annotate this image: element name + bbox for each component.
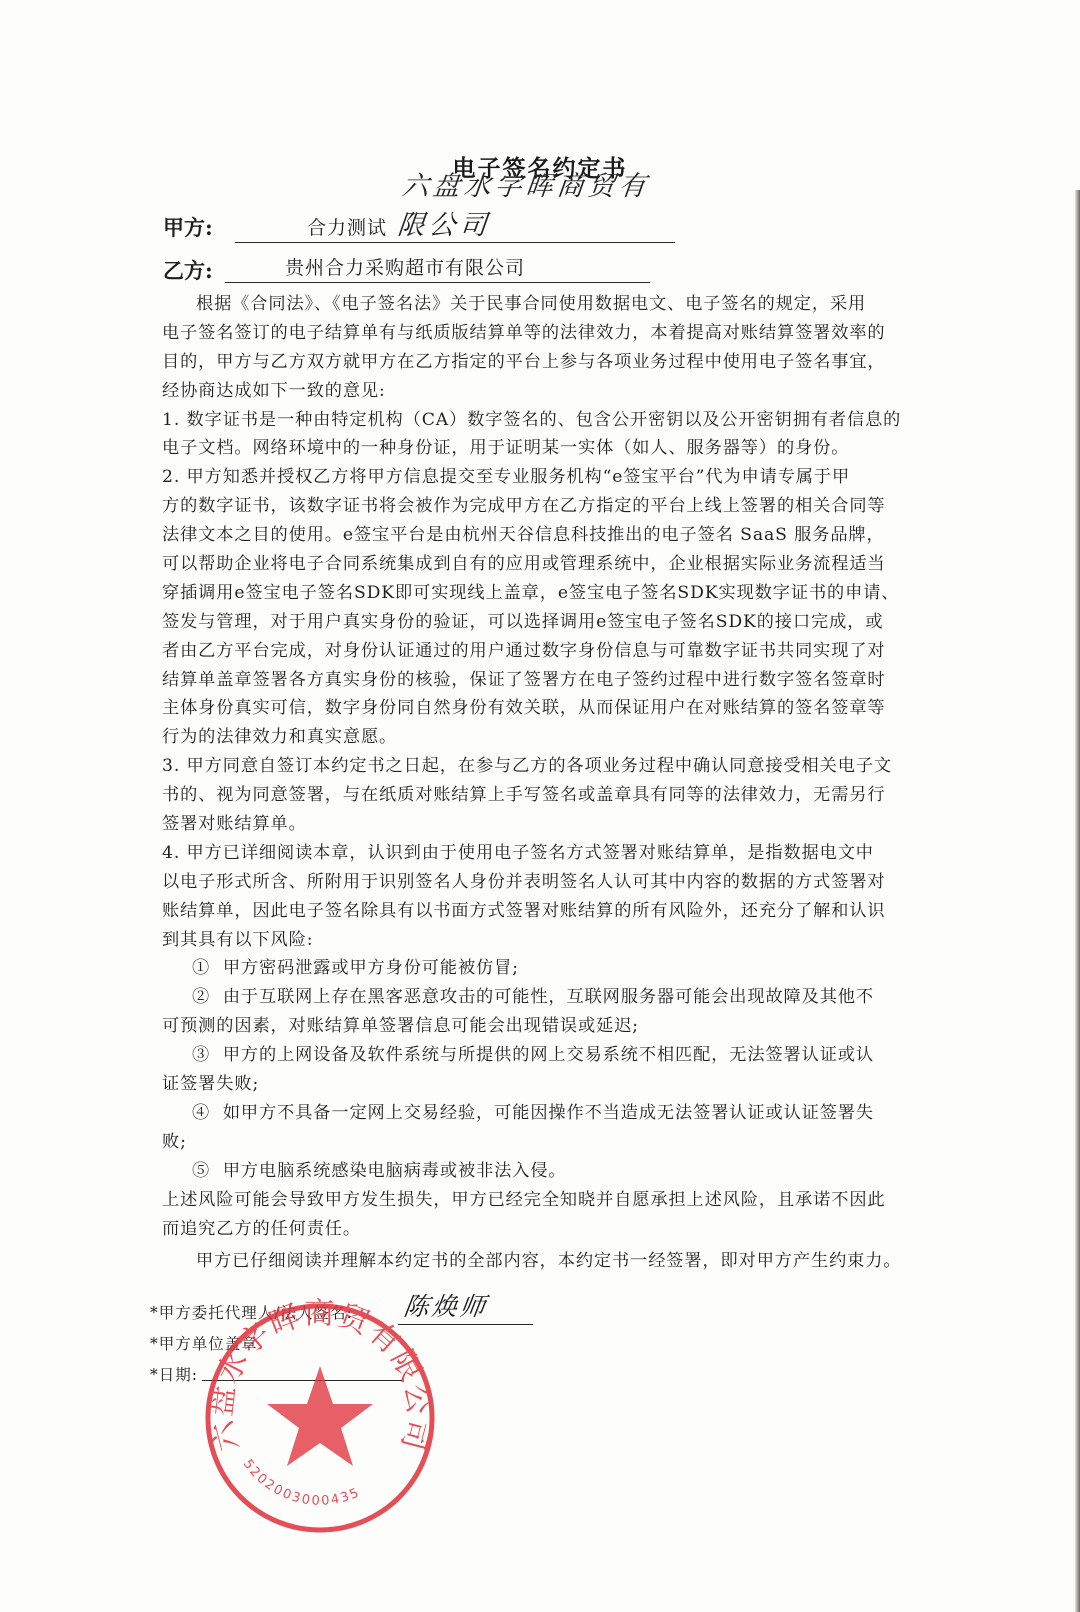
body-line: 书的、视为同意签署，与在纸质对账结算上手写签名或盖章具有同等的法律效力，无需另行 (162, 781, 922, 810)
party-a-handwritten-value: 六盘水字晖商贸有限公司 (396, 164, 679, 242)
risk-item-5: ⑤ 甲方电脑系统感染电脑病毒或被非法入侵。 (162, 1157, 922, 1186)
body-line: 法律文本之目的使用。e签宝平台是由杭州天谷信息科技推出的电子签名 SaaS 服务… (162, 521, 922, 550)
party-a-row: 甲方: 合力测试 六盘水字晖商贸有限公司 (163, 212, 233, 242)
final-statement: 甲方已仔细阅读并理解本约定书的全部内容，本约定书一经签署，即对甲方产生约束力。 (162, 1247, 922, 1276)
risk-text: 甲方密码泄露或甲方身份可能被仿冒; (223, 958, 519, 978)
risk-marker: ④ (192, 1103, 210, 1123)
body-line: 签署对账结算单。 (162, 810, 922, 839)
party-b-label: 乙方: (163, 255, 233, 285)
closing-line: 而追究乙方的任何责任。 (162, 1215, 922, 1244)
body-line: 以电子形式所含、所附用于识别签名人身份并表明签名人认可其中内容的数据的方式签署对 (162, 868, 922, 897)
party-a-field: 合力测试 六盘水字晖商贸有限公司 (235, 212, 675, 243)
closing-line: 上述风险可能会导致甲方发生损失，甲方已经完全知晓并自愿承担上述风险，且承诺不因此 (162, 1186, 922, 1215)
body-line: 到其具有以下风险: (162, 926, 922, 955)
clause-2: 2. 甲方知悉并授权乙方将甲方信息提交至专业服务机构“e签宝平台”代为申请专属于… (162, 463, 922, 492)
body-line: 行为的法律效力和真实意愿。 (162, 723, 922, 752)
date-label: *日期: (150, 1366, 198, 1384)
body-line: 方的数字证书，该数字证书将会被作为完成甲方在乙方指定的平台上线上签署的相关合同等 (162, 492, 922, 521)
risk-marker: ① (192, 958, 210, 978)
party-b-row: 乙方: 贵州合力采购超市有限公司 (163, 255, 233, 285)
company-seal-icon: 六盘水字晖商贸有限公司 5202003000435 (200, 1298, 440, 1538)
body-line: 者由乙方平台完成，对身份认证通过的用户通过数字身份信息与可靠数字证书共同实现了对 (162, 637, 922, 666)
body-line: 电子签名签订的电子结算单有与纸质版结算单等的法律效力，本着提高对账结算签署效率的 (162, 319, 922, 348)
clause-4: 4. 甲方已详细阅读本章，认识到由于使用电子签名方式签署对账结算单，是指数据电文… (162, 839, 922, 868)
clause-1: 1. 数字证书是一种由特定机构（CA）数字签名的、包含公开密钥以及公开密钥拥有者… (162, 406, 922, 435)
risk-text: 甲方的上网设备及软件系统与所提供的网上交易系统不相匹配，无法签署认证或认 (223, 1045, 874, 1065)
document-page: 电子签名约定书 甲方: 合力测试 六盘水字晖商贸有限公司 乙方: 贵州合力采购超… (0, 0, 1080, 1612)
body-line: 主体身份真实可信，数字身份同自然身份有效关联，从而保证用户在对账结算的签名签章等 (162, 694, 922, 723)
party-a-label: 甲方: (163, 212, 233, 242)
party-b-value: 贵州合力采购超市有限公司 (285, 253, 525, 280)
body-line: 穿插调用e签宝电子签名SDK即可实现线上盖章，e签宝电子签名SDK实现数字证书的… (162, 579, 922, 608)
risk-item-1: ① 甲方密码泄露或甲方身份可能被仿冒; (162, 954, 922, 983)
clause-3: 3. 甲方同意自签订本约定书之日起，在参与乙方的各项业务过程中确认同意接受相关电… (162, 752, 922, 781)
body-line: 结算单盖章签署各方真实身份的核验，保证了签署方在电子签约过程中进行数字签名签章时 (162, 666, 922, 695)
risk-item-4: ④ 如甲方不具备一定网上交易经验，可能因操作不当造成无法签署认证或认证签署失 (162, 1099, 922, 1128)
stamp-star-icon (267, 1366, 373, 1466)
body-line: 账结算单，因此电子签名除具有以书面方式签署对账结算的所有风险外，还充分了解和认识 (162, 897, 922, 926)
party-a-printed-value: 合力测试 (307, 213, 387, 240)
risk-text: 由于互联网上存在黑客恶意攻击的可能性，互联网服务器可能会出现故障及其他不 (223, 987, 874, 1007)
party-b-field: 贵州合力采购超市有限公司 (225, 255, 650, 283)
risk-text-continued: 可预测的因素，对账结算单签署信息可能会出现错误或延迟; (162, 1012, 922, 1041)
body-line: 根据《合同法》、《电子签名法》关于民事合同使用数据电文、电子签名的规定，采用 (162, 290, 922, 319)
risk-item-2: ② 由于互联网上存在黑客恶意攻击的可能性，互联网服务器可能会出现故障及其他不 (162, 983, 922, 1012)
risk-text: 如甲方不具备一定网上交易经验，可能因操作不当造成无法签署认证或认证签署失 (223, 1103, 874, 1123)
stamp-serial-text: 5202003000435 (240, 1457, 363, 1509)
risk-marker: ② (192, 987, 210, 1007)
risk-marker: ③ (192, 1045, 210, 1065)
risk-text: 甲方电脑系统感染电脑病毒或被非法入侵。 (223, 1161, 567, 1181)
body-line: 目的，甲方与乙方双方就甲方在乙方指定的平台上参与各项业务过程中使用电子签名事宜， (162, 348, 922, 377)
risk-marker: ⑤ (192, 1161, 210, 1181)
page-edge-shadow (1075, 190, 1080, 1612)
body-line: 电子文档。网络环境中的一种身份证，用于证明某一实体（如人、服务器等）的身份。 (162, 434, 922, 463)
body-text: 根据《合同法》、《电子签名法》关于民事合同使用数据电文、电子签名的规定，采用 电… (162, 290, 922, 1276)
risk-text-continued: 证签署失败; (162, 1070, 922, 1099)
risk-text-continued: 败; (162, 1128, 922, 1157)
body-line: 签发与管理，对于用户真实身份的验证，可以选择调用e签宝电子签名SDK的接口完成，… (162, 608, 922, 637)
risk-item-3: ③ 甲方的上网设备及软件系统与所提供的网上交易系统不相匹配，无法签署认证或认 (162, 1041, 922, 1070)
body-line: 可以帮助企业将电子合同系统集成到自有的应用或管理系统中，企业根据实际业务流程适当 (162, 550, 922, 579)
body-line: 经协商达成如下一致的意见: (162, 377, 922, 406)
